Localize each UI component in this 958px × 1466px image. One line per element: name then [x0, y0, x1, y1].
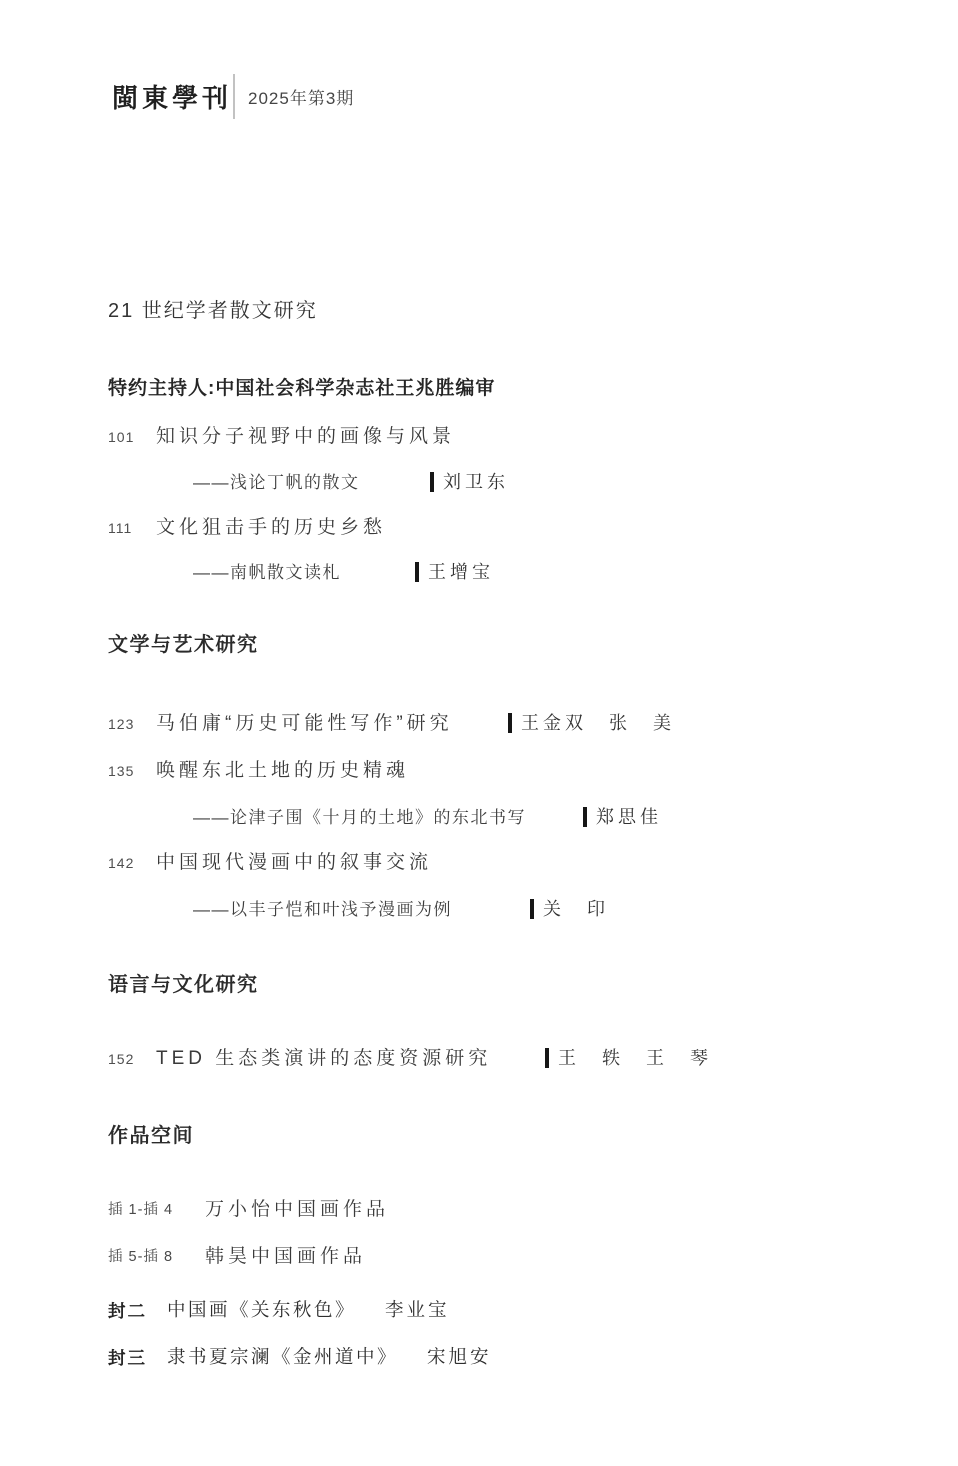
guest-host-line: 特约主持人:中国社会科学杂志社王兆胜编审 — [108, 379, 495, 398]
author-divider-icon — [430, 472, 434, 492]
author-name: 刘卫东 — [443, 472, 509, 492]
author-divider-icon — [583, 807, 587, 827]
entry-page-number: 123 — [108, 717, 134, 731]
author-name: 王金双 张 美 — [521, 713, 675, 733]
entry-title: 唤醒东北土地的历史精魂 — [156, 761, 409, 780]
cover-artwork-title: 中国画《关东秋色》 — [167, 1302, 356, 1321]
plate-title: 万小怡中国画作品 — [205, 1200, 389, 1219]
cover-artist-name: 李业宝 — [385, 1302, 450, 1321]
journal-logo: 閩東學刊 — [112, 86, 232, 112]
entry-authors: 郑思佳 — [583, 807, 662, 827]
plate-range-label: 插 1-插 4 — [108, 1203, 173, 1218]
entry-page-number: 135 — [108, 764, 134, 778]
entry-subtitle: ——论津子围《十月的土地》的东北书写 — [193, 809, 526, 826]
cover-position-label: 封二 — [108, 1303, 147, 1321]
section-title-language-culture: 语言与文化研究 — [108, 975, 259, 995]
cover-position-label: 封三 — [108, 1350, 147, 1368]
author-name: 关 印 — [543, 899, 609, 919]
entry-title: 文化狙击手的历史乡愁 — [156, 518, 386, 537]
entry-subtitle: ——浅论丁帆的散文 — [193, 474, 360, 491]
cover-artist-name: 宋旭安 — [427, 1349, 492, 1368]
entry-page-number: 142 — [108, 856, 134, 870]
entry-title: TED 生态类演讲的态度资源研究 — [156, 1049, 491, 1068]
entry-title: 中国现代漫画中的叙事交流 — [156, 853, 432, 872]
entry-title: 知识分子视野中的画像与风景 — [156, 427, 455, 446]
masthead-divider — [233, 74, 235, 119]
entry-subtitle: ——以丰子恺和叶浅予漫画为例 — [193, 901, 452, 918]
entry-authors: 刘卫东 — [430, 472, 509, 492]
author-divider-icon — [415, 562, 419, 582]
entry-authors: 王增宝 — [415, 562, 494, 582]
cover-artwork-title: 隶书夏宗澜《金州道中》 — [167, 1349, 398, 1368]
journal-toc-page: 閩東學刊 2025年第3期 21 世纪学者散文研究 特约主持人:中国社会科学杂志… — [0, 0, 958, 1466]
entry-page-number: 152 — [108, 1052, 134, 1066]
entry-subtitle: ——南帆散文读札 — [193, 564, 341, 581]
plate-title: 韩昊中国画作品 — [205, 1247, 366, 1266]
author-divider-icon — [530, 899, 534, 919]
entry-authors: 王 轶 王 琴 — [545, 1048, 712, 1068]
entry-page-number: 101 — [108, 430, 134, 444]
plate-range-label: 插 5-插 8 — [108, 1250, 173, 1265]
author-divider-icon — [508, 713, 512, 733]
entry-authors: 关 印 — [530, 899, 609, 919]
author-name: 王增宝 — [428, 562, 494, 582]
author-name: 郑思佳 — [596, 807, 662, 827]
author-name: 王 轶 王 琴 — [558, 1048, 712, 1068]
section-title-essay-research: 21 世纪学者散文研究 — [108, 301, 318, 321]
entry-authors: 王金双 张 美 — [508, 713, 675, 733]
author-divider-icon — [545, 1048, 549, 1068]
issue-number: 2025年第3期 — [248, 90, 354, 107]
section-title-artworks: 作品空间 — [108, 1126, 194, 1146]
entry-title: 马伯庸“历史可能性写作”研究 — [156, 714, 453, 733]
entry-page-number: 111 — [108, 521, 132, 535]
section-title-literature-art: 文学与艺术研究 — [108, 635, 259, 655]
